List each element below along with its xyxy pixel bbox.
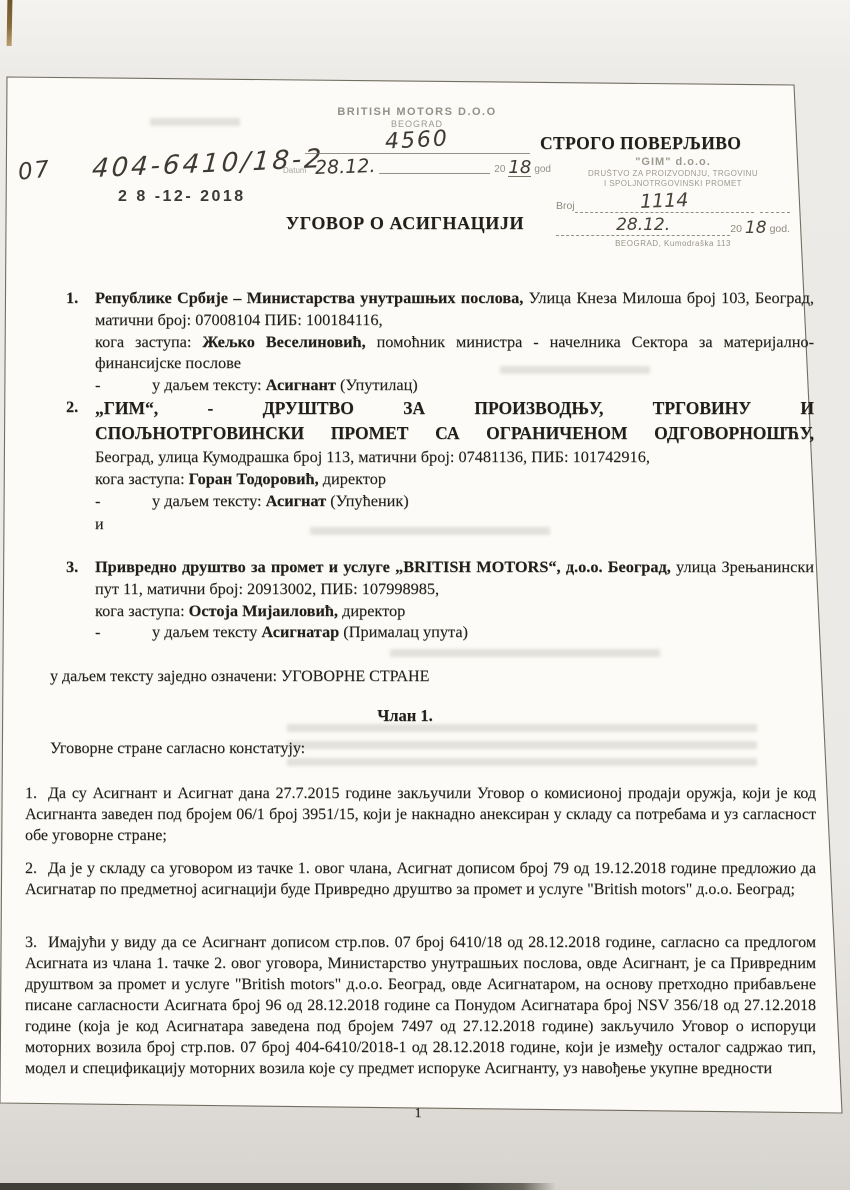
receipt-stamp-date-value: 28.12. — [314, 157, 375, 178]
clause-2-text: Да је у складу са уговором из тачке 1. о… — [25, 860, 816, 898]
party-2-alias-suffix: (Упућеник) — [330, 491, 409, 510]
party-3-rep-title: директор — [342, 601, 405, 620]
bleed-through-text — [390, 649, 660, 661]
alias-dash: - — [95, 621, 152, 643]
party-2-name-line1: „ГИМ“, - ДРУШТВО ЗА ПРОИЗВОДЊУ, ТРГОВИНУ… — [95, 396, 814, 421]
party-2-representative: кога заступа: Горан Тодоровић, директор — [95, 468, 814, 490]
receipt-stamp-year-prefix: 20 — [494, 164, 505, 177]
clause-1-number: 1. — [25, 785, 37, 802]
gim-stamp-line3: I SPOLJNOTRGOVINSKI PROMET — [546, 179, 800, 188]
party-1-name: Републике Србије – Министарства унутрашњ… — [95, 287, 814, 331]
party-2-rep-name: Горан Тодоровић, — [189, 469, 319, 488]
clause-1-text: Да су Асигнант и Асигнат дана 27.7.2015 … — [25, 785, 816, 844]
party-3-number: 3. — [66, 556, 78, 578]
party-3-alias-name: Асигнатар — [261, 622, 339, 641]
clause-3: 3.Имајући у виду да се Асигнант дописом … — [25, 932, 816, 1079]
alias-dash: - — [95, 374, 152, 396]
party-1-rep-name: Жељко Веселиновић, — [202, 332, 365, 351]
gim-stamp-number-value: 1114 — [640, 191, 689, 211]
scanned-document: 07 404-6410/18-2 2 8 -12- 2018 BRITISH M… — [0, 0, 850, 1190]
party-2-number: 2. — [66, 396, 78, 418]
article-intro: Уговорне стране сагласно констатују: — [50, 740, 305, 758]
party-3-alias: -у даљем тексту Асигнатар (Прималац упут… — [95, 621, 814, 643]
receipt-stamp-date-row: Datum 28.12. 20 18 god — [281, 158, 553, 177]
party-2-name-line2: СПОЉНОТРГОВИНСКИ ПРОМЕТ СА ОГРАНИЧЕНОМ О… — [95, 421, 814, 446]
party-1-representative: кога заступа: Жељко Веселиновић, помоћни… — [95, 331, 814, 375]
received-date-stamp: 2 8 -12- 2018 — [118, 188, 246, 206]
joint-designation: у даљем тексту заједно означени: УГОВОРН… — [50, 668, 429, 686]
gim-stamp-address: BEOGRAD, Kumodraška 113 — [546, 239, 800, 248]
party-2: 2. „ГИМ“, - ДРУШТВО ЗА ПРОИЗВОДЊУ, ТРГОВ… — [95, 396, 814, 511]
party-1-alias: -у даљем тексту: Асигнант (Упутилац) — [95, 374, 814, 396]
party-2-alias-name: Асигнат — [266, 491, 326, 510]
page-number: 1 — [0, 1106, 836, 1122]
party-1-rep-label: кога заступа: — [95, 332, 191, 351]
receipt-stamp-date-label: Datum — [283, 166, 307, 177]
party-2-address: Београд, улица Кумодрашка број 113, мати… — [95, 446, 814, 468]
party-3-alias-prefix: у даљем тексту — [152, 622, 257, 641]
party-2-name-bold1: „ГИМ“, - ДРУШТВО ЗА ПРОИЗВОДЊУ, ТРГОВИНУ… — [95, 398, 814, 418]
clause-1: 1.Да су Асигнант и Асигнат дана 27.7.201… — [25, 783, 816, 846]
gim-stamp-number-row: Broj 1114 — [546, 192, 800, 213]
receipt-stamp-company: BRITISH MOTORS D.O.O — [281, 106, 553, 118]
clause-2: 2.Да је у складу са уговором из тачке 1.… — [25, 858, 816, 900]
receipt-stamp-underline — [305, 153, 530, 154]
clause-2-number: 2. — [25, 860, 37, 877]
alias-dash: - — [95, 490, 152, 512]
party-1-name-bold: Републике Србије – Министарства унутрашњ… — [95, 288, 523, 307]
party-2-alias-prefix: у даљем тексту: — [152, 491, 262, 510]
gim-stamp-company: "GIM" d.o.o. — [546, 156, 800, 168]
document-title: УГОВОР О АСИГНАЦИЈИ — [20, 213, 790, 234]
receipt-stamp-date-line — [379, 173, 490, 174]
party-2-rep-label: кога заступа: — [95, 469, 185, 488]
party-3-alias-suffix: (Прималац упута) — [343, 622, 468, 641]
bleed-through-text — [150, 118, 240, 128]
handwritten-file-code: 07 — [17, 156, 53, 185]
gim-stamp-number-line: 1114 — [575, 192, 754, 213]
confidential-label: СТРОГО ПОВЕРЉИВО — [540, 133, 741, 154]
party-3-name-bold: Привредно друштво за промет и услуге „BR… — [95, 557, 671, 576]
receipt-stamp-year-value: 18 — [508, 160, 531, 177]
gim-stamp-number-label: Broj — [556, 200, 575, 213]
party-1-alias-prefix: у даљем тексту: — [152, 375, 262, 394]
party-2-name-bold2: СПОЉНОТРГОВИНСКИ ПРОМЕТ СА ОГРАНИЧЕНОМ О… — [95, 423, 814, 443]
party-1-number: 1. — [66, 287, 78, 309]
party-3-rep-name: Остоја Мијаиловић, — [189, 601, 338, 620]
bleed-through-text — [287, 724, 757, 774]
party-2-rep-title: директор — [323, 469, 386, 488]
party-2-alias: -у даљем тексту: Асигнат (Упућеник) — [95, 490, 814, 512]
bleed-through-text — [310, 527, 550, 539]
scan-artifact-bottom — [0, 1183, 556, 1190]
scan-artifact-top-left — [7, 0, 13, 46]
party-3-rep-label: кога заступа: — [95, 601, 185, 620]
party-1-alias-name: Асигнант — [266, 375, 336, 394]
party-1: 1. Републике Србије – Министарства унутр… — [95, 287, 814, 396]
conjunction: и — [95, 516, 104, 534]
gim-stamp: "GIM" d.o.o. DRUŠTVO ZA PROIZVODNJU, TRG… — [546, 156, 800, 248]
party-3-representative: кога заступа: Остоја Мијаиловић, директо… — [95, 600, 814, 622]
article-heading: Члан 1. — [20, 706, 790, 726]
clause-3-text: Имајући у виду да се Асигнант дописом ст… — [25, 934, 816, 1077]
party-3: 3. Привредно друштво за промет и услуге … — [95, 556, 814, 643]
receipt-stamp: BRITISH MOTORS D.O.O BEOGRAD 4560 Datum … — [281, 106, 553, 177]
clause-3-number: 3. — [25, 934, 37, 951]
gim-stamp-line2: DRUŠTVO ZA PROIZVODNJU, TRGOVINU — [546, 169, 800, 178]
party-2-address-text: Београд, улица Кумодрашка број 113, мати… — [95, 447, 650, 466]
party-1-alias-suffix: (Упутилац) — [340, 375, 418, 394]
party-3-name: Привредно друштво за промет и услуге „BR… — [95, 556, 814, 600]
